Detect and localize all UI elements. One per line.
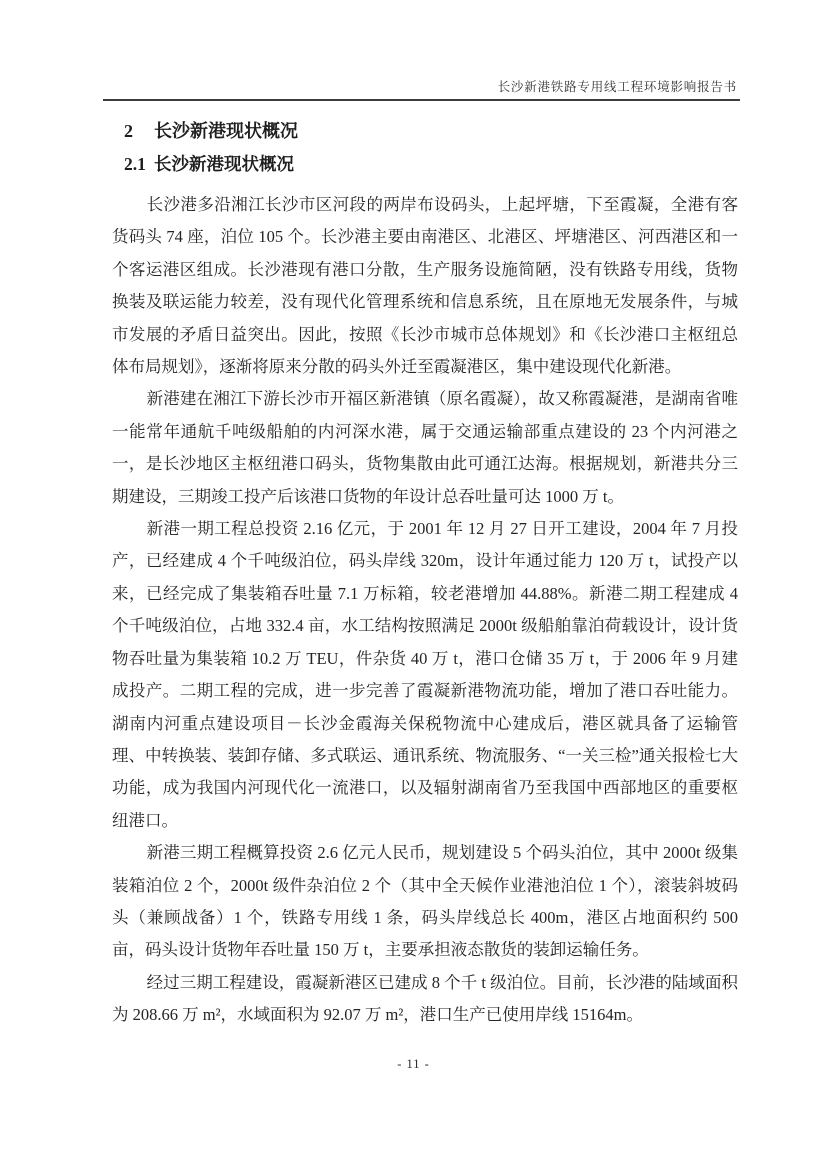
subsection-heading-number: 2.1 [124, 153, 154, 175]
body-paragraph: 新港三期工程概算投资 2.6 亿元人民币，规划建设 5 个码头泊位，其中 200… [112, 837, 738, 967]
header-rule [103, 99, 740, 101]
body-paragraph: 新港一期工程总投资 2.16 亿元，于 2001 年 12 月 27 日开工建设… [112, 513, 738, 837]
subsection-heading: 2.1长沙新港现状概况 [124, 153, 738, 175]
section-heading-title: 长沙新港现状概况 [154, 121, 298, 141]
body-paragraph: 新港建在湘江下游长沙市开福区新港镇（原名霞凝），故又称霞凝港，是湖南省唯一能常年… [112, 383, 738, 513]
section-heading-number: 2 [124, 120, 154, 142]
body-paragraph: 长沙港多沿湘江长沙市区河段的两岸布设码头，上起坪塘，下至霞凝，全港有客货码头 7… [112, 189, 738, 383]
document-page: 长沙新港铁路专用线工程环境影响报告书 2长沙新港现状概况 2.1长沙新港现状概况… [0, 0, 827, 1169]
running-header-title: 长沙新港铁路专用线工程环境影响报告书 [103, 77, 737, 95]
section-heading: 2长沙新港现状概况 [124, 120, 738, 142]
subsection-heading-title: 长沙新港现状概况 [154, 154, 294, 174]
document-body: 2长沙新港现状概况 2.1长沙新港现状概况 长沙港多沿湘江长沙市区河段的两岸布设… [112, 120, 738, 1032]
body-paragraph: 经过三期工程建设，霞凝新港区已建成 8 个千 t 级泊位。目前，长沙港的陆域面积… [112, 967, 738, 1032]
page-number: - 11 - [0, 1057, 827, 1072]
